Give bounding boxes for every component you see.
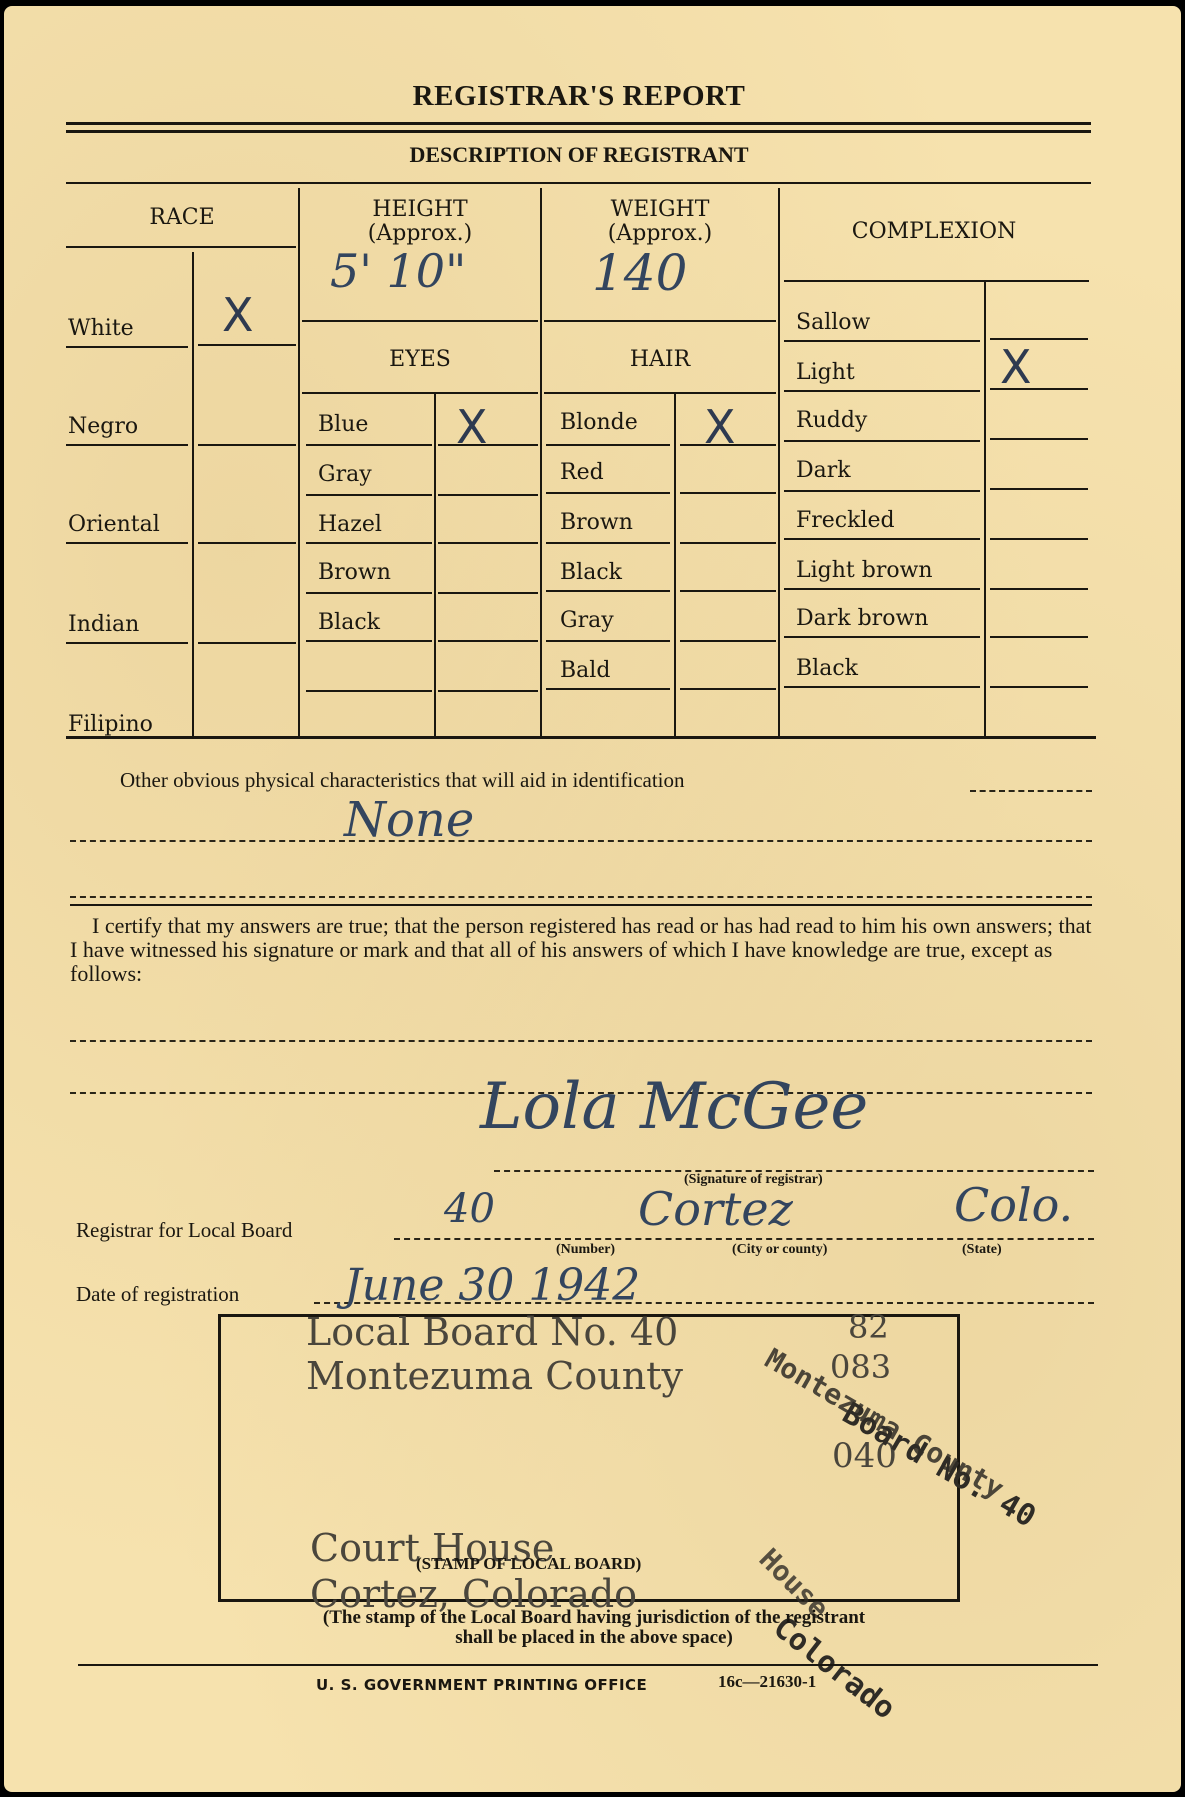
registrar-signature[interactable]: Lola McGee bbox=[480, 1070, 868, 1144]
race-header-rule bbox=[66, 246, 296, 248]
local-board-label: Registrar for Local Board bbox=[76, 1218, 292, 1242]
complexion-light-brown-checkbox[interactable] bbox=[988, 542, 1088, 588]
complexion-header-rule bbox=[784, 280, 1089, 282]
complexion-header: COMPLEXION bbox=[780, 220, 1088, 244]
eyes-row-rule bbox=[306, 690, 432, 692]
complexion-dark-brown-checkbox[interactable] bbox=[988, 592, 1088, 638]
weight-header-label: WEIGHT bbox=[542, 198, 778, 222]
complexion-freckled-checkbox[interactable] bbox=[988, 492, 1088, 538]
race-filipino-checkbox[interactable] bbox=[194, 644, 298, 736]
eyes-gray-checkbox[interactable] bbox=[436, 446, 538, 492]
complexion-option-black: Black bbox=[796, 656, 858, 681]
hair-brown-checkbox[interactable] bbox=[676, 494, 776, 540]
complexion-row-rule bbox=[990, 388, 1088, 390]
stamp-note-line2: shall be placed in the above space) bbox=[214, 1628, 974, 1648]
hair-option-gray: Gray bbox=[560, 608, 614, 633]
section-subtitle: DESCRIPTION OF REGISTRANT bbox=[4, 142, 1154, 168]
complexion-row-rule bbox=[784, 390, 980, 392]
complexion-row-rule bbox=[784, 588, 980, 590]
height-header-label: HEIGHT bbox=[300, 198, 540, 222]
race-indian-checkbox[interactable] bbox=[194, 544, 298, 640]
race-option-negro: Negro bbox=[68, 414, 138, 439]
complexion-row-rule bbox=[990, 488, 1088, 490]
state-caption: (State) bbox=[962, 1242, 1002, 1258]
weight-header: WEIGHT (Approx.) bbox=[542, 198, 778, 246]
complexion-option-sallow: Sallow bbox=[796, 310, 870, 335]
complexion-option-freckled: Freckled bbox=[796, 508, 895, 533]
complexion-row-rule bbox=[990, 686, 1088, 688]
eyes-option-black: Black bbox=[318, 610, 380, 635]
race-row-rule bbox=[66, 542, 188, 544]
eyes-option-blue: Blue bbox=[318, 412, 368, 437]
race-row-rule bbox=[66, 444, 188, 446]
complexion-row-rule bbox=[784, 490, 980, 492]
table-bottom-rule bbox=[66, 736, 1096, 739]
stamp-line-county: Montezuma County bbox=[306, 1354, 683, 1398]
eyes-option-gray: Gray bbox=[318, 462, 372, 487]
eyes-row-rule bbox=[306, 542, 432, 544]
race-option-indian: Indian bbox=[68, 612, 139, 637]
stamp-note-line1: (The stamp of the Local Board having jur… bbox=[214, 1608, 974, 1628]
eyes-option-brown: Brown bbox=[318, 560, 391, 585]
eyes-header-rule bbox=[302, 392, 538, 394]
local-board-line bbox=[394, 1238, 1094, 1240]
height-header-sub: (Approx.) bbox=[300, 222, 540, 246]
local-board-state[interactable]: Colo. bbox=[954, 1178, 1073, 1232]
hair-header-rule bbox=[544, 392, 776, 394]
complexion-row-rule bbox=[990, 588, 1088, 590]
race-option-white: White bbox=[68, 316, 134, 341]
complexion-light-checkbox[interactable]: X bbox=[1000, 344, 1032, 390]
dotted-leader bbox=[970, 790, 1092, 792]
eyes-row-rule bbox=[306, 444, 432, 446]
hair-row-rule bbox=[546, 640, 670, 642]
complexion-row-rule bbox=[990, 636, 1088, 638]
complexion-row-rule bbox=[784, 538, 980, 540]
complexion-sallow-checkbox[interactable] bbox=[988, 284, 1088, 338]
complexion-option-dark-brown: Dark brown bbox=[796, 606, 928, 631]
footer-rule bbox=[78, 1664, 1098, 1666]
stamp-note: (The stamp of the Local Board having jur… bbox=[214, 1608, 974, 1648]
number-caption: (Number) bbox=[556, 1242, 615, 1258]
stamp-number-top: 82 bbox=[848, 1308, 889, 1346]
hair-black-checkbox[interactable] bbox=[676, 544, 776, 590]
hair-option-blonde: Blonde bbox=[560, 410, 638, 435]
hair-red-checkbox[interactable] bbox=[676, 446, 776, 492]
hair-option-brown: Brown bbox=[560, 510, 633, 535]
eyes-row-rule bbox=[306, 494, 432, 496]
race-row-rule bbox=[66, 346, 188, 348]
complexion-dark-checkbox[interactable] bbox=[988, 442, 1088, 488]
hair-row-rule bbox=[546, 492, 670, 494]
complexion-row-rule bbox=[784, 636, 980, 638]
hair-bald-checkbox[interactable] bbox=[676, 642, 776, 688]
race-option-filipino: Filipino bbox=[68, 712, 153, 737]
eyes-black-checkbox[interactable] bbox=[436, 594, 538, 640]
registration-date-value[interactable]: June 30 1942 bbox=[344, 1260, 640, 1311]
hair-row-rule bbox=[680, 688, 776, 690]
height-header: HEIGHT (Approx.) bbox=[300, 198, 540, 246]
other-characteristics-label: Other obvious physical characteristics t… bbox=[120, 768, 980, 792]
complexion-row-rule bbox=[784, 686, 980, 688]
certification-text: I certify that my answers are true; that… bbox=[70, 914, 1100, 986]
weight-value: 140 bbox=[592, 244, 687, 302]
complexion-row-rule bbox=[784, 440, 980, 442]
local-board-number[interactable]: 40 bbox=[444, 1186, 495, 1232]
hair-option-black: Black bbox=[560, 560, 622, 585]
registration-date-label: Date of registration bbox=[76, 1282, 239, 1306]
col-rule-complexion-mark bbox=[984, 282, 986, 736]
local-board-city[interactable]: Cortez bbox=[638, 1182, 793, 1236]
complexion-option-light-brown: Light brown bbox=[796, 558, 933, 583]
race-header: RACE bbox=[66, 206, 298, 230]
hair-row-rule bbox=[546, 590, 670, 592]
eyes-row-rule bbox=[438, 640, 538, 642]
complexion-option-light: Light bbox=[796, 360, 855, 385]
eyes-brown-checkbox[interactable] bbox=[436, 544, 538, 590]
race-negro-checkbox[interactable] bbox=[194, 346, 298, 442]
complexion-row-rule bbox=[990, 438, 1088, 440]
hair-row-rule bbox=[546, 542, 670, 544]
weight-header-sub: (Approx.) bbox=[542, 222, 778, 246]
col-rule-race bbox=[298, 188, 300, 736]
dotted-line bbox=[70, 896, 1092, 898]
complexion-row-rule bbox=[784, 340, 980, 342]
title-rule-bottom bbox=[66, 130, 1091, 133]
complexion-ruddy-checkbox[interactable] bbox=[988, 392, 1088, 438]
weight-rule bbox=[544, 320, 776, 322]
hair-option-red: Red bbox=[560, 460, 604, 485]
stamp-line-local-board: Local Board No. 40 bbox=[306, 1310, 678, 1354]
complexion-row-rule bbox=[990, 538, 1088, 540]
eyes-row-rule bbox=[306, 592, 432, 594]
col-rule-weight bbox=[778, 188, 780, 736]
form-code: 16c—21630-1 bbox=[718, 1672, 816, 1692]
hair-gray-checkbox[interactable] bbox=[676, 592, 776, 638]
height-rule bbox=[302, 320, 538, 322]
hair-option-bald: Bald bbox=[560, 658, 610, 683]
table-top-rule bbox=[66, 182, 1091, 184]
height-value: 5' 10" bbox=[330, 244, 466, 298]
race-white-checkbox[interactable]: X bbox=[222, 292, 254, 338]
section-rule bbox=[70, 904, 1092, 906]
printer-imprint: U. S. GOVERNMENT PRINTING OFFICE bbox=[316, 1676, 647, 1694]
race-option-oriental: Oriental bbox=[68, 512, 160, 537]
eyes-row-rule bbox=[306, 640, 432, 642]
hair-header: HAIR bbox=[544, 348, 776, 372]
dotted-line bbox=[70, 1040, 1092, 1042]
stamp-caption: (STAMP OF LOCAL BOARD) bbox=[416, 1554, 641, 1574]
eyes-option-hazel: Hazel bbox=[318, 512, 382, 537]
eyes-header: EYES bbox=[302, 348, 538, 372]
eyes-hazel-checkbox[interactable] bbox=[436, 496, 538, 542]
registration-card: REGISTRAR'S REPORT DESCRIPTION OF REGIST… bbox=[4, 6, 1181, 1792]
city-caption: (City or county) bbox=[732, 1242, 827, 1258]
complexion-black-checkbox[interactable] bbox=[988, 640, 1088, 686]
hair-row-rule bbox=[546, 444, 670, 446]
race-row-rule bbox=[66, 642, 188, 644]
dotted-line bbox=[70, 840, 1092, 842]
title-rule-top bbox=[66, 122, 1091, 125]
complexion-option-ruddy: Ruddy bbox=[796, 408, 867, 433]
complexion-option-dark: Dark bbox=[796, 458, 851, 483]
eyes-row-rule bbox=[438, 690, 538, 692]
hair-row-rule bbox=[546, 688, 670, 690]
report-title: REGISTRAR'S REPORT bbox=[4, 80, 1154, 113]
race-oriental-checkbox[interactable] bbox=[194, 446, 298, 540]
col-rule-height bbox=[540, 188, 542, 736]
